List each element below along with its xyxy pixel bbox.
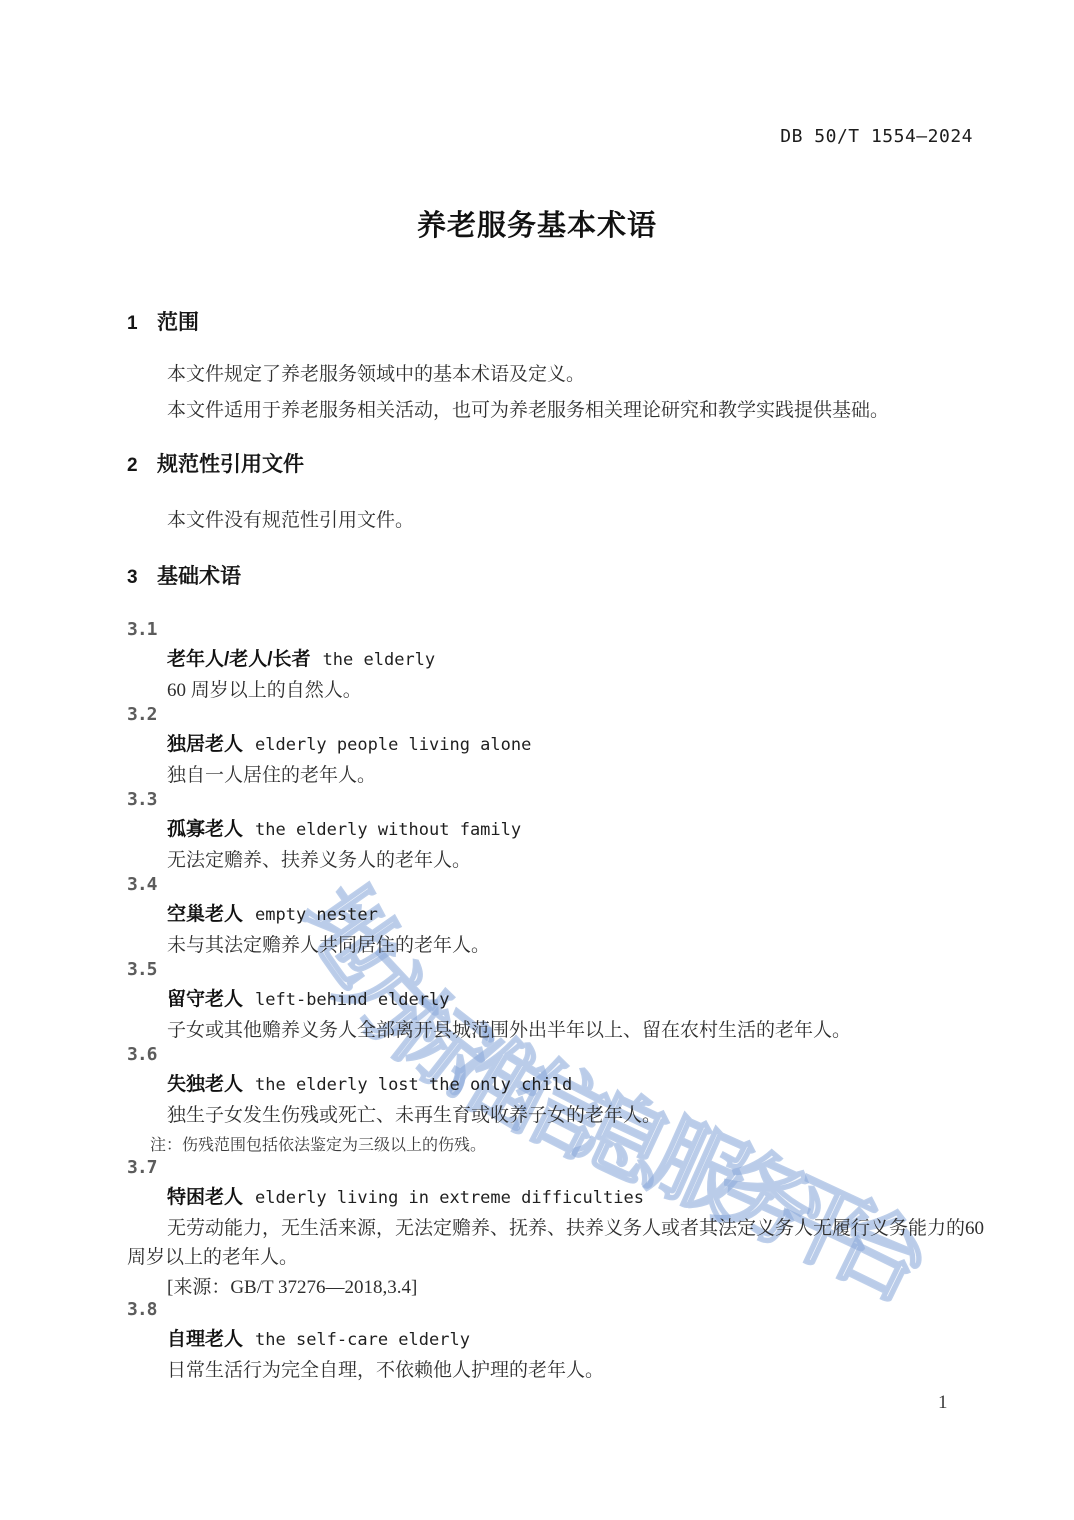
term-number: 3.8 bbox=[127, 1295, 991, 1325]
term-entry: 3.2 独居老人elderly people living alone 独自一人… bbox=[127, 700, 991, 790]
term-entry: 3.6 失独老人the elderly lost the only child … bbox=[127, 1040, 991, 1159]
paragraph: 本文件适用于养老服务相关活动，也可为养老服务相关理论研究和教学实践提供基础。 bbox=[127, 396, 991, 425]
section-title: 规范性引用文件 bbox=[157, 453, 304, 476]
term-name-zh: 留守老人 bbox=[167, 989, 243, 1010]
term-name: 老年人/老人/长者the elderly bbox=[167, 645, 991, 676]
term-name: 空巢老人empty nester bbox=[167, 900, 991, 931]
term-name: 独居老人elderly people living alone bbox=[167, 730, 991, 761]
term-name-zh: 空巢老人 bbox=[167, 904, 243, 925]
term-entry: 3.5 留守老人left-behind elderly 子女或其他赡养义务人全部… bbox=[127, 955, 991, 1045]
paragraph: 本文件规定了养老服务领域中的基本术语及定义。 bbox=[127, 360, 991, 389]
term-name-zh: 特困老人 bbox=[167, 1187, 243, 1208]
section-number: 1 bbox=[127, 309, 157, 339]
term-name: 特困老人elderly living in extreme difficulti… bbox=[167, 1183, 991, 1214]
document-page: 地 方 标 准 信 息 服 务 平 台 DB 50/T 1554—2024 养老… bbox=[0, 0, 1074, 1520]
section-title: 基础术语 bbox=[157, 565, 241, 588]
term-name-en: the elderly bbox=[323, 650, 436, 670]
page-number: 1 bbox=[938, 1392, 948, 1414]
term-name: 失独老人the elderly lost the only child bbox=[167, 1070, 991, 1101]
term-name-zh: 独居老人 bbox=[167, 734, 243, 755]
term-name-en: the self-care elderly bbox=[255, 1330, 470, 1350]
section-heading-1: 1范围 bbox=[127, 308, 991, 339]
term-entry: 3.8 自理老人the self-care elderly 日常生活行为完全自理… bbox=[127, 1295, 991, 1385]
term-number: 3.4 bbox=[127, 870, 991, 900]
term-entry: 3.3 孤寡老人the elderly without family 无法定赡养… bbox=[127, 785, 991, 875]
term-name-en: the elderly lost the only child bbox=[255, 1075, 572, 1095]
term-name-en: left-behind elderly bbox=[255, 990, 449, 1010]
page-title: 养老服务基本术语 bbox=[0, 203, 1074, 244]
section-heading-3: 3基础术语 bbox=[127, 562, 991, 593]
term-number: 3.6 bbox=[127, 1040, 991, 1070]
term-entry: 3.7 特困老人elderly living in extreme diffic… bbox=[127, 1153, 991, 1302]
term-name: 自理老人the self-care elderly bbox=[167, 1325, 991, 1356]
term-number: 3.2 bbox=[127, 700, 991, 730]
term-definition: 独生子女发生伤残或死亡、未再生育或收养子女的老年人。 bbox=[127, 1101, 991, 1130]
term-name-zh: 自理老人 bbox=[167, 1329, 243, 1350]
section-number: 2 bbox=[127, 451, 157, 481]
term-entry: 3.4 空巢老人empty nester 未与其法定赡养人共同居住的老年人。 bbox=[127, 870, 991, 960]
section-number: 3 bbox=[127, 563, 157, 593]
section-title: 范围 bbox=[157, 311, 199, 334]
term-number: 3.5 bbox=[127, 955, 991, 985]
term-name: 留守老人left-behind elderly bbox=[167, 985, 991, 1016]
term-definition: 日常生活行为完全自理，不依赖他人护理的老年人。 bbox=[127, 1356, 991, 1385]
term-number: 3.1 bbox=[127, 615, 991, 645]
section-heading-2: 2规范性引用文件 bbox=[127, 450, 991, 481]
term-name-en: the elderly without family bbox=[255, 820, 521, 840]
term-name-zh: 失独老人 bbox=[167, 1074, 243, 1095]
term-definition: 无劳动能力，无生活来源，无法定赡养、抚养、扶养义务人或者其法定义务人无履行义务能… bbox=[127, 1214, 991, 1272]
term-name: 孤寡老人the elderly without family bbox=[167, 815, 991, 846]
standard-code: DB 50/T 1554—2024 bbox=[780, 126, 973, 147]
term-name-en: elderly living in extreme difficulties bbox=[255, 1188, 644, 1208]
term-name-zh: 老年人/老人/长者 bbox=[167, 649, 311, 670]
term-number: 3.7 bbox=[127, 1153, 991, 1183]
term-name-zh: 孤寡老人 bbox=[167, 819, 243, 840]
paragraph: 本文件没有规范性引用文件。 bbox=[127, 506, 991, 535]
document-content: DB 50/T 1554—2024 养老服务基本术语 1范围 本文件规定了养老服… bbox=[0, 0, 1074, 1520]
term-name-en: empty nester bbox=[255, 905, 378, 925]
term-name-en: elderly people living alone bbox=[255, 735, 531, 755]
term-number: 3.3 bbox=[127, 785, 991, 815]
term-entry: 3.1 老年人/老人/长者the elderly 60 周岁以上的自然人。 bbox=[127, 615, 991, 705]
